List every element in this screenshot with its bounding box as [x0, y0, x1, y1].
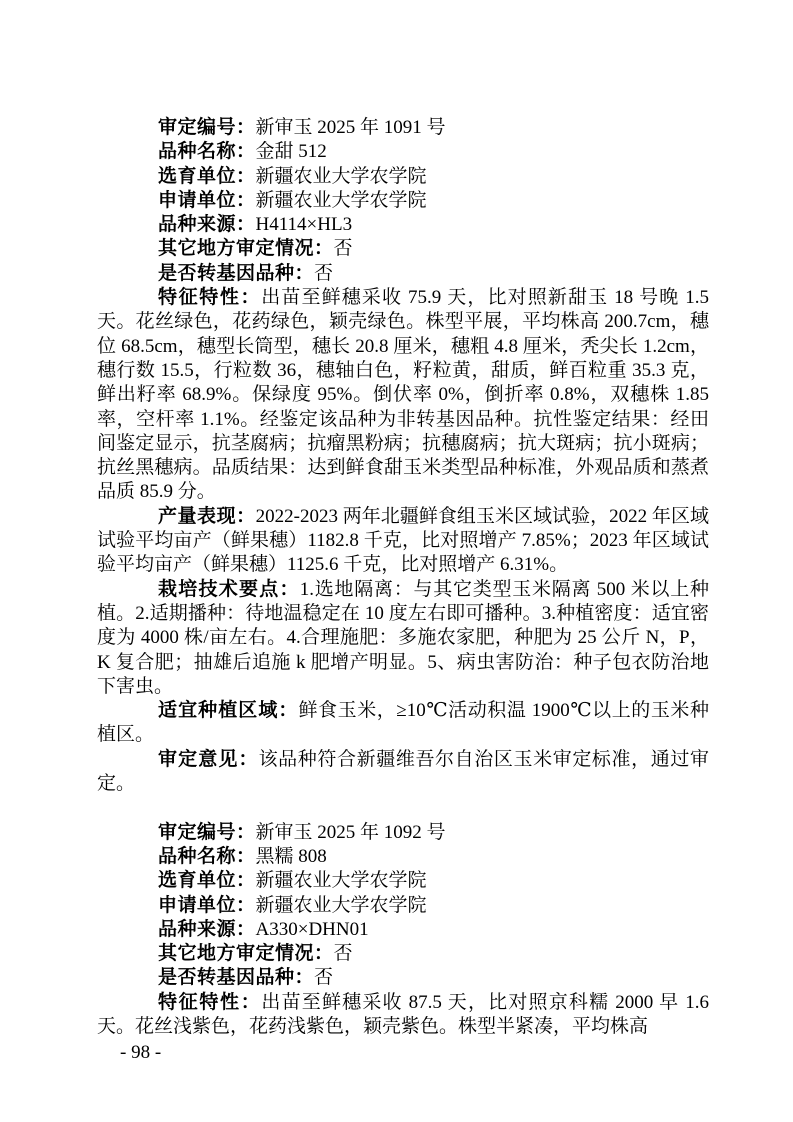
field-value: A330×DHN01 [256, 919, 369, 940]
field-value: H4114×HL3 [256, 214, 353, 235]
field-value: 否 [334, 943, 353, 964]
field-label: 品种来源： [158, 919, 256, 940]
field-value: 金甜 512 [256, 141, 327, 162]
field-label: 审定编号： [158, 117, 256, 138]
field-value: 新疆农业大学农学院 [256, 895, 427, 916]
paragraph-traits: 特征特性：出苗至鲜穗采收 75.9 天，比对照新甜玉 18 号晚 1.5 天。花… [97, 286, 709, 505]
page-number: - 98 - [120, 1041, 161, 1065]
paragraph-text: 出苗至鲜穗采收 75.9 天，比对照新甜玉 18 号晚 1.5 天。花丝绿色，花… [97, 287, 709, 502]
paragraph-yield: 产量表现：2022-2023 两年北疆鲜食组玉米区域试验，2022 年区域试验平… [97, 505, 709, 578]
field-row: 是否转基因品种：否 [97, 966, 709, 990]
document-content: 审定编号：新审玉 2025 年 1091 号 品种名称：金甜 512 选育单位：… [97, 116, 709, 1039]
field-value: 新疆农业大学农学院 [256, 190, 427, 211]
field-label: 是否转基因品种： [158, 967, 314, 988]
paragraph-traits: 特征特性：出苗至鲜穗采收 87.5 天，比对照京科糯 2000 早 1.6 天。… [97, 991, 709, 1040]
field-value: 否 [314, 967, 333, 988]
paragraph-label: 特征特性： [158, 287, 261, 308]
field-label: 其它地方审定情况： [158, 238, 334, 259]
paragraph-label: 审定意见： [158, 749, 259, 770]
variety-block-1091: 审定编号：新审玉 2025 年 1091 号 品种名称：金甜 512 选育单位：… [97, 116, 709, 796]
paragraph-label: 栽培技术要点： [158, 579, 300, 600]
field-value: 新疆农业大学农学院 [256, 166, 427, 187]
field-row: 品种来源：H4114×HL3 [97, 213, 709, 237]
field-label: 品种名称： [158, 846, 256, 867]
field-label: 选育单位： [158, 166, 256, 187]
paragraph-label: 适宜种植区域： [158, 700, 298, 721]
paragraph-opinion: 审定意见：该品种符合新疆维吾尔自治区玉米审定标准，通过审定。 [97, 748, 709, 797]
paragraph-region: 适宜种植区域：鲜食玉米，≥10℃活动积温 1900℃以上的玉米种植区。 [97, 699, 709, 748]
field-label: 申请单位： [158, 190, 256, 211]
field-row: 其它地方审定情况：否 [97, 942, 709, 966]
field-label: 审定编号： [158, 822, 256, 843]
field-label: 申请单位： [158, 895, 256, 916]
field-row: 品种名称：金甜 512 [97, 140, 709, 164]
variety-block-1092: 审定编号：新审玉 2025 年 1092 号 品种名称：黑糯 808 选育单位：… [97, 821, 709, 1040]
field-row: 其它地方审定情况：否 [97, 237, 709, 261]
field-row: 审定编号：新审玉 2025 年 1092 号 [97, 821, 709, 845]
field-row: 是否转基因品种：否 [97, 262, 709, 286]
field-label: 是否转基因品种： [158, 263, 314, 284]
field-row: 申请单位：新疆农业大学农学院 [97, 894, 709, 918]
field-label: 品种来源： [158, 214, 256, 235]
field-row: 申请单位：新疆农业大学农学院 [97, 189, 709, 213]
field-row: 选育单位：新疆农业大学农学院 [97, 165, 709, 189]
field-value: 新审玉 2025 年 1091 号 [256, 117, 446, 138]
paragraph-label: 特征特性： [158, 992, 261, 1013]
field-row: 品种来源：A330×DHN01 [97, 918, 709, 942]
field-value: 新审玉 2025 年 1092 号 [256, 822, 446, 843]
field-value: 否 [314, 263, 333, 284]
field-value: 新疆农业大学农学院 [256, 870, 427, 891]
field-value: 黑糯 808 [256, 846, 327, 867]
document-page: 审定编号：新审玉 2025 年 1091 号 品种名称：金甜 512 选育单位：… [0, 0, 793, 1122]
field-label: 品种名称： [158, 141, 256, 162]
paragraph-label: 产量表现： [158, 506, 256, 527]
field-label: 选育单位： [158, 870, 256, 891]
field-row: 品种名称：黑糯 808 [97, 845, 709, 869]
field-label: 其它地方审定情况： [158, 943, 334, 964]
field-value: 否 [334, 238, 353, 259]
field-row: 选育单位：新疆农业大学农学院 [97, 869, 709, 893]
field-row: 审定编号：新审玉 2025 年 1091 号 [97, 116, 709, 140]
paragraph-cultivation: 栽培技术要点：1.选地隔离：与其它类型玉米隔离 500 米以上种植。2.适期播种… [97, 578, 709, 699]
